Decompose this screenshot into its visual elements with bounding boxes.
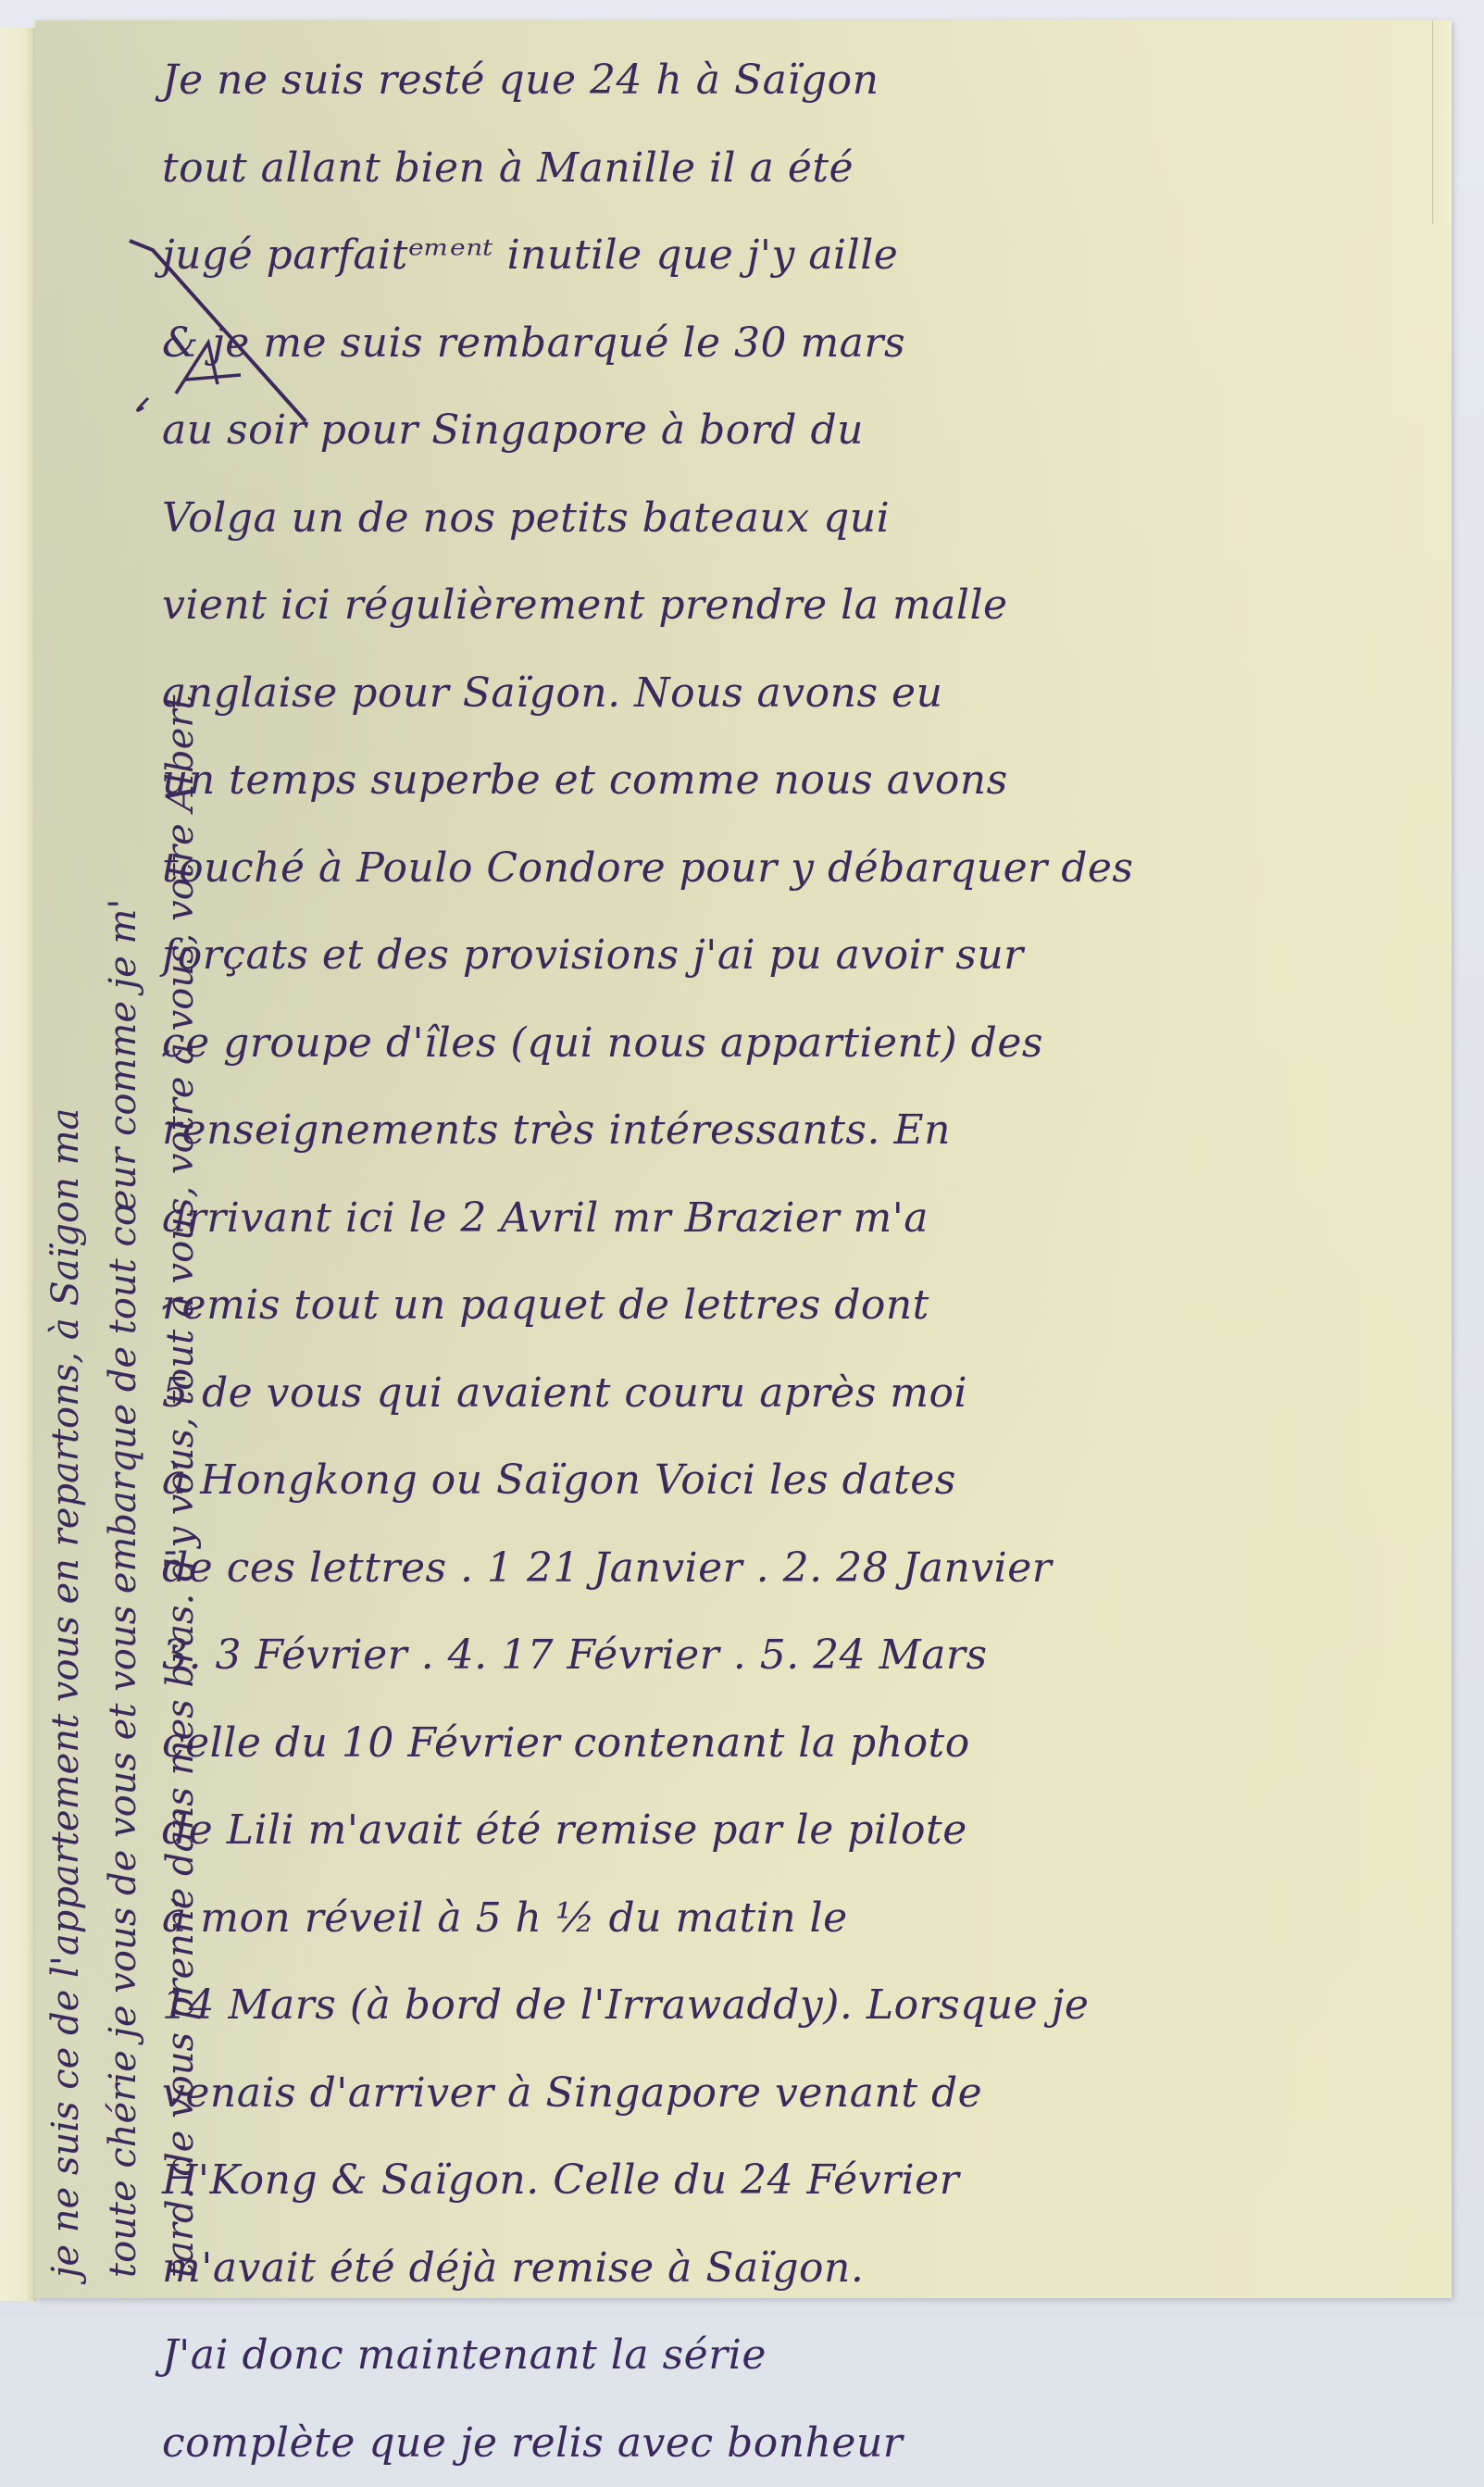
letter-line: 5 de vous qui avaient couru après moi [162, 1350, 1421, 1438]
letter-line: au soir pour Singapore à bord du [162, 387, 1421, 475]
margin-line: tard. de vous prenne dans mes bras. d'y … [152, 56, 209, 2278]
letter-line: de ces lettres . 1 21 Janvier . 2. 28 Ja… [162, 1525, 1421, 1613]
letter-line: 14 Mars (à bord de l'Irrawaddy). Lorsque… [162, 1962, 1421, 2050]
letter-line: 3. 3 Février . 4. 17 Février . 5. 24 Mar… [162, 1612, 1421, 1700]
margin-cross-writing: je ne suis ce de l'appartement vous en r… [37, 56, 209, 2278]
letter-line: & je me suis rembarqué le 30 mars [162, 300, 1421, 388]
letter-line: forçats et des provisions j'ai pu avoir … [162, 912, 1421, 1000]
letter-line: Volga un de nos petits bateaux qui [162, 475, 1421, 563]
letter-line: un temps superbe et comme nous avons [162, 737, 1421, 825]
letter-line: anglaise pour Saïgon. Nous avons eu [162, 650, 1421, 738]
margin-line: je ne suis ce de l'appartement vous en r… [37, 56, 94, 2278]
letter-line: de Lili m'avait été remise par le pilote [162, 1787, 1421, 1875]
letter-line: remis tout un paquet de lettres dont [162, 1262, 1421, 1350]
letter-line: venais d'arriver à Singapore venant de [162, 2050, 1421, 2138]
adjacent-page-fold [0, 28, 36, 2301]
letter-line: à Hongkong ou Saïgon Voici les dates [162, 1437, 1421, 1525]
letter-line: touché à Poulo Condore pour y débarquer … [162, 825, 1421, 913]
letter-line: m'avait été déjà remise à Saïgon. [162, 2225, 1421, 2313]
letter-line: à mon réveil à 5 h ½ du matin le [162, 1875, 1421, 1963]
letter-line: Je ne suis resté que 24 h à Saïgon [162, 37, 1421, 125]
letter-line: vient ici régulièrement prendre la malle [162, 562, 1421, 650]
margin-line: toute chérie je vous de vous et vous emb… [94, 56, 152, 2278]
letter-line: tout allant bien à Manille il a été [162, 125, 1421, 213]
letter-line: ce groupe d'îles (qui nous appartient) d… [162, 1000, 1421, 1088]
letter-line: H'Kong & Saïgon. Celle du 24 Février [162, 2137, 1421, 2225]
letter-line: jugé parfaitᵉᵐᵉⁿᵗ inutile que j'y aille [162, 212, 1421, 300]
letter-line: renseignements très intéressants. En [162, 1087, 1421, 1175]
torn-edge [1432, 20, 1452, 224]
letter-line: arrivant ici le 2 Avril mr Brazier m'a [162, 1175, 1421, 1263]
letter-body: Je ne suis resté que 24 h à Saïgon tout … [162, 37, 1421, 2315]
letter-line: celle du 10 Février contenant la photo [162, 1700, 1421, 1788]
